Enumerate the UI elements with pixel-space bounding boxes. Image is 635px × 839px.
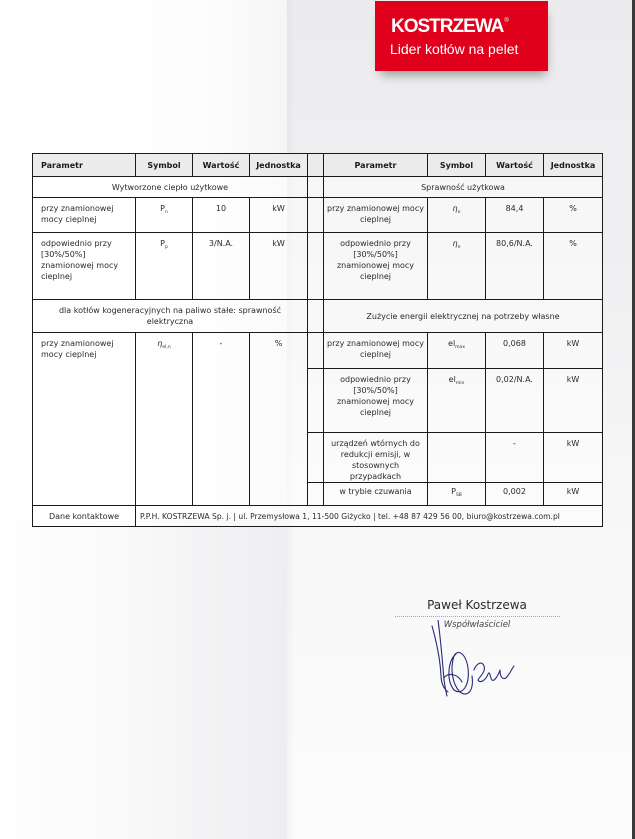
contact-label: Dane kontaktowe	[33, 506, 136, 527]
header-wartosc-left: Wartość	[193, 154, 250, 177]
table-row: przy znamionowej mocy cieplnej ηel,n - %…	[33, 333, 603, 369]
unit-cell: kW	[544, 483, 603, 506]
unit-cell: %	[544, 198, 603, 233]
param-cell: urządzeń wtórnych do redukcji emisji, w …	[324, 433, 428, 483]
unit-cell: kW	[544, 333, 603, 369]
symbol-cell: elmax	[428, 333, 486, 369]
value-cell: 10	[193, 198, 250, 233]
header-gap	[308, 154, 324, 177]
header-jednostka-left: Jednostka	[250, 154, 308, 177]
param-cell: odpowiednio przy [30%/50%] znamionowej m…	[324, 233, 428, 300]
symbol-cell: elmin	[428, 369, 486, 433]
value-cell: 0,002	[486, 483, 544, 506]
symbol-cell	[428, 433, 486, 483]
header-jednostka-right: Jednostka	[544, 154, 603, 177]
kostrzewa-logo: KOSTRZEWA® Lider kotłów na pelet	[375, 1, 548, 71]
gap-cell	[308, 300, 324, 333]
table-row: przy znamionowej mocy cieplnej Pn 10 kW …	[33, 198, 603, 233]
gap-cell	[308, 333, 324, 369]
handwritten-signature-icon	[428, 620, 518, 698]
table-row: odpowiednio przy [30%/50%] znamionowej m…	[33, 233, 603, 300]
gap-cell	[308, 433, 324, 483]
value-cell: -	[486, 433, 544, 483]
value-cell: -	[193, 333, 250, 506]
param-cell: przy znamionowej mocy cieplnej	[33, 333, 136, 506]
contact-details: P.P.H. KOSTRZEWA Sp. j. | ul. Przemysłow…	[136, 506, 603, 527]
gap-cell	[308, 369, 324, 433]
value-cell: 0,02/N.A.	[486, 369, 544, 433]
gap-cell	[308, 177, 324, 198]
gap-cell	[308, 198, 324, 233]
param-cell: odpowiednio przy [30%/50%] znamionowej m…	[324, 369, 428, 433]
gap-cell	[308, 483, 324, 506]
unit-cell: %	[250, 333, 308, 506]
unit-cell: kW	[250, 233, 308, 300]
value-cell: 80,6/N.A.	[486, 233, 544, 300]
param-cell: przy znamionowej mocy cieplnej	[33, 198, 136, 233]
param-cell: przy znamionowej mocy cieplnej	[324, 198, 428, 233]
symbol-cell: Pp	[136, 233, 193, 300]
header-parametr-right: Parametr	[324, 154, 428, 177]
value-cell: 3/N.A.	[193, 233, 250, 300]
symbol-cell: ηn	[428, 198, 486, 233]
section-title-heat-output: Wytworzone ciepło użytkowe	[33, 177, 308, 198]
unit-cell: kW	[250, 198, 308, 233]
unit-cell: kW	[544, 369, 603, 433]
header-symbol-right: Symbol	[428, 154, 486, 177]
header-symbol-left: Symbol	[136, 154, 193, 177]
signature-dotted-line	[395, 616, 560, 617]
header-row: Parametr Symbol Wartość Jednostka Parame…	[33, 154, 603, 177]
unit-cell: kW	[544, 433, 603, 483]
value-cell: 0,068	[486, 333, 544, 369]
logo-brand: KOSTRZEWA®	[391, 16, 536, 38]
unit-cell: %	[544, 233, 603, 300]
header-parametr-left: Parametr	[33, 154, 136, 177]
symbol-cell: ηel,n	[136, 333, 193, 506]
logo-tagline: Lider kotłów na pelet	[390, 41, 540, 57]
section-title-electricity: Zużycie energii elektrycznej na potrzeby…	[324, 300, 603, 333]
param-cell: w trybie czuwania	[324, 483, 428, 506]
param-cell: przy znamionowej mocy cieplnej	[324, 333, 428, 369]
gap-cell	[308, 233, 324, 300]
signer-name: Paweł Kostrzewa	[392, 598, 562, 612]
section-row-2: dla kotłów kogeneracyjnych na paliwo sta…	[33, 300, 603, 333]
symbol-cell: Pn	[136, 198, 193, 233]
section-row-1: Wytworzone ciepło użytkowe Sprawność uży…	[33, 177, 603, 198]
symbol-cell: PSB	[428, 483, 486, 506]
value-cell: 84,4	[486, 198, 544, 233]
section-title-efficiency: Sprawność użytkowa	[324, 177, 603, 198]
header-wartosc-right: Wartość	[486, 154, 544, 177]
section-title-cogeneration: dla kotłów kogeneracyjnych na paliwo sta…	[33, 300, 308, 333]
param-cell: odpowiednio przy [30%/50%] znamionowej m…	[33, 233, 136, 300]
contact-row: Dane kontaktowe P.P.H. KOSTRZEWA Sp. j. …	[33, 506, 603, 527]
specification-table: Parametr Symbol Wartość Jednostka Parame…	[32, 153, 603, 527]
symbol-cell: ηn	[428, 233, 486, 300]
